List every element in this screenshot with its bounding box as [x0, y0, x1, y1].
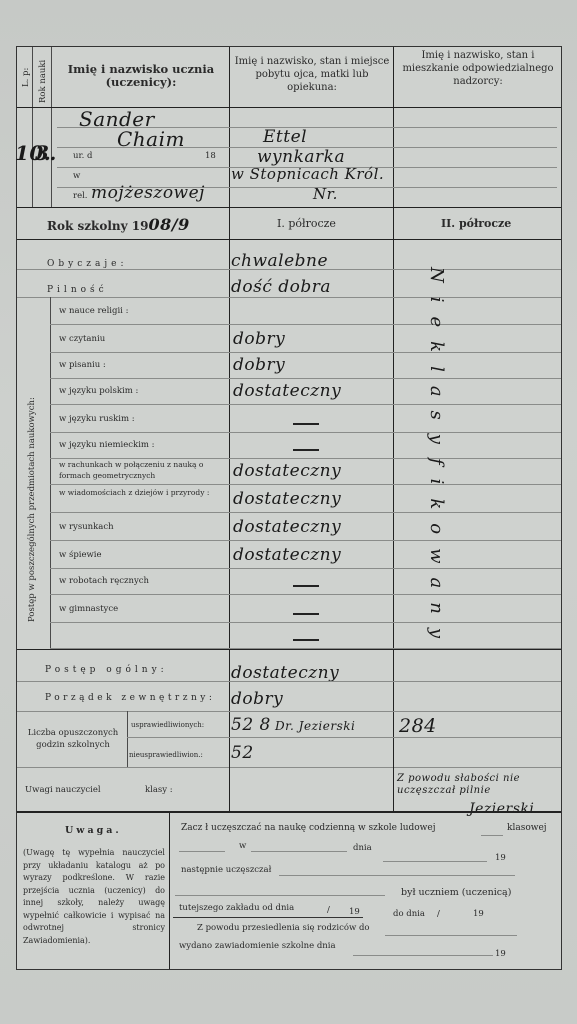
rok-nauki-value: 3. [35, 141, 57, 165]
transfer-year-3: 19 [473, 909, 484, 919]
subject-value: dostateczny [233, 489, 341, 509]
semester-1-header: I. półrocze [277, 217, 336, 230]
teacher-remarks-s2: Z powodu słabości nie uczęszczał pilnie [397, 773, 557, 797]
transfer-line-6: Z powodu przesiedlenia się rodziców do [197, 923, 370, 933]
excused-signature: Dr. Jezierski [275, 719, 355, 733]
transfer-slash-2: / [437, 909, 440, 919]
subject-value: dostateczny [233, 517, 341, 537]
subject-value-dash [293, 613, 319, 615]
parent-line-3: w Stopnicach Król. [231, 165, 384, 183]
document-page: L. p: Rok nauki Imię i nazwisko ucznia (… [0, 0, 577, 1024]
note-text: (Uwagę tę wypełnia nauczyciel przy układ… [23, 847, 165, 947]
diligence-label: Pilność [47, 285, 108, 295]
school-year-value: 08/9 [149, 215, 190, 234]
general-progress-value: dostateczny [231, 663, 339, 683]
transfer-line-1: Zacz ł uczęszczać na naukę codzienną w s… [181, 823, 436, 833]
transfer-line-5: tutejszego zakładu od dnia [179, 903, 294, 913]
semester-2-note: Nieklasyfikowany [426, 267, 447, 652]
subject-label: w pisaniu : [59, 360, 225, 371]
subject-value: dostateczny [233, 381, 341, 401]
semester-2-header: II. półrocze [441, 217, 511, 230]
subject-value: dobry [233, 355, 285, 375]
conduct-label: Obyczaje: [47, 259, 128, 269]
teacher-remarks-label: Uwagi nauczyciel [25, 785, 101, 795]
subject-label: w robotach ręcznych [59, 576, 225, 587]
general-progress-label: Postęp ogólny: [45, 665, 168, 675]
student-given-name: Chaim [117, 127, 185, 151]
transfer-line-7: wydano zawiadomienie szkolne dnia [179, 941, 336, 951]
religion-label: rel. [73, 191, 88, 201]
subject-label: w rachunkach w połączeniu z nauką o form… [59, 459, 225, 481]
place-label: w [73, 171, 80, 181]
school-record-form: L. p: Rok nauki Imię i nazwisko ucznia (… [16, 46, 562, 970]
subject-label: w wiadomościach z dziejów i przyrody : [59, 487, 225, 498]
progress-group-label: Postęp w poszczególnych przedmiotach nau… [27, 397, 37, 622]
student-name-header: Imię i nazwisko ucznia (uczenicy): [57, 63, 225, 89]
subject-value-dash [293, 585, 319, 587]
order-value: dobry [231, 689, 283, 709]
transfer-line-1-end: klasowej [507, 823, 547, 833]
unexcused-s1: 52 [231, 743, 254, 763]
teacher-remarks-class: klasy : [145, 785, 173, 795]
subject-label: w gimnastyce [59, 604, 225, 615]
subject-value-dash [293, 423, 319, 425]
subject-label: w czytaniu [59, 334, 225, 345]
diligence-value: dość dobra [231, 277, 331, 297]
transfer-slash-1: / [327, 905, 330, 915]
supervisor-header: Imię i nazwisko, stan i mieszkanie odpow… [397, 49, 559, 88]
order-label: Porządek zewnętrzny: [45, 693, 215, 703]
transfer-year-1: 19 [495, 853, 506, 863]
subject-label: w języku niemieckim : [59, 440, 225, 451]
subject-label: w języku ruskim : [59, 414, 225, 425]
subject-label: w rysunkach [59, 522, 225, 533]
transfer-line-4-end: był uczniem (uczenicą) [401, 887, 511, 898]
parent-line-2: wynkarka [257, 147, 345, 167]
teacher-signature: Jezierski [469, 801, 534, 817]
transfer-line-3: następnie uczęszczał [181, 865, 271, 875]
born-label: ur. d [73, 151, 92, 161]
transfer-year-2: 19 [349, 907, 360, 917]
subject-label: w nauce religii : [59, 306, 225, 317]
subject-label: w języku polskim : [59, 386, 225, 397]
transfer-do-dnia: do dnia [393, 909, 425, 919]
unexcused-label: nieusprawiedliwion.: [129, 751, 203, 759]
transfer-year-4: 19 [495, 949, 506, 959]
parent-line-1: Ettel [263, 127, 307, 147]
subject-value: dostateczny [233, 461, 341, 481]
excused-s2: 284 [399, 715, 437, 737]
lp-header: L. p: [21, 68, 31, 87]
subject-value-dash [293, 639, 319, 641]
subject-value: dobry [233, 329, 285, 349]
parent-line-4: Nr. [313, 185, 338, 203]
parent-header: Imię i nazwisko, stan i miejsce pobytu o… [233, 55, 391, 94]
subject-label: w śpiewie [59, 550, 225, 561]
conduct-value: chwalebne [231, 251, 328, 271]
school-year-prefix: Rok szkolny 19 [47, 219, 149, 233]
note-title: Uwaga. [65, 825, 122, 836]
excused-s1: 52 8 [231, 715, 271, 735]
subject-value-dash [293, 449, 319, 451]
subject-value: dostateczny [233, 545, 341, 565]
transfer-w: w [239, 841, 246, 851]
excused-label: usprawiedliwionych: [131, 721, 204, 729]
religion-value: mojżeszowej [91, 183, 205, 203]
born-year-prefix: 18 [205, 151, 216, 161]
missed-hours-label: Liczba opuszczonych godzin szkolnych [19, 727, 127, 751]
rok-nauki-header: Rok nauki [38, 60, 48, 103]
school-year-label: Rok szkolny 1908/9 [47, 215, 190, 234]
transfer-dnia: dnia [353, 843, 372, 853]
